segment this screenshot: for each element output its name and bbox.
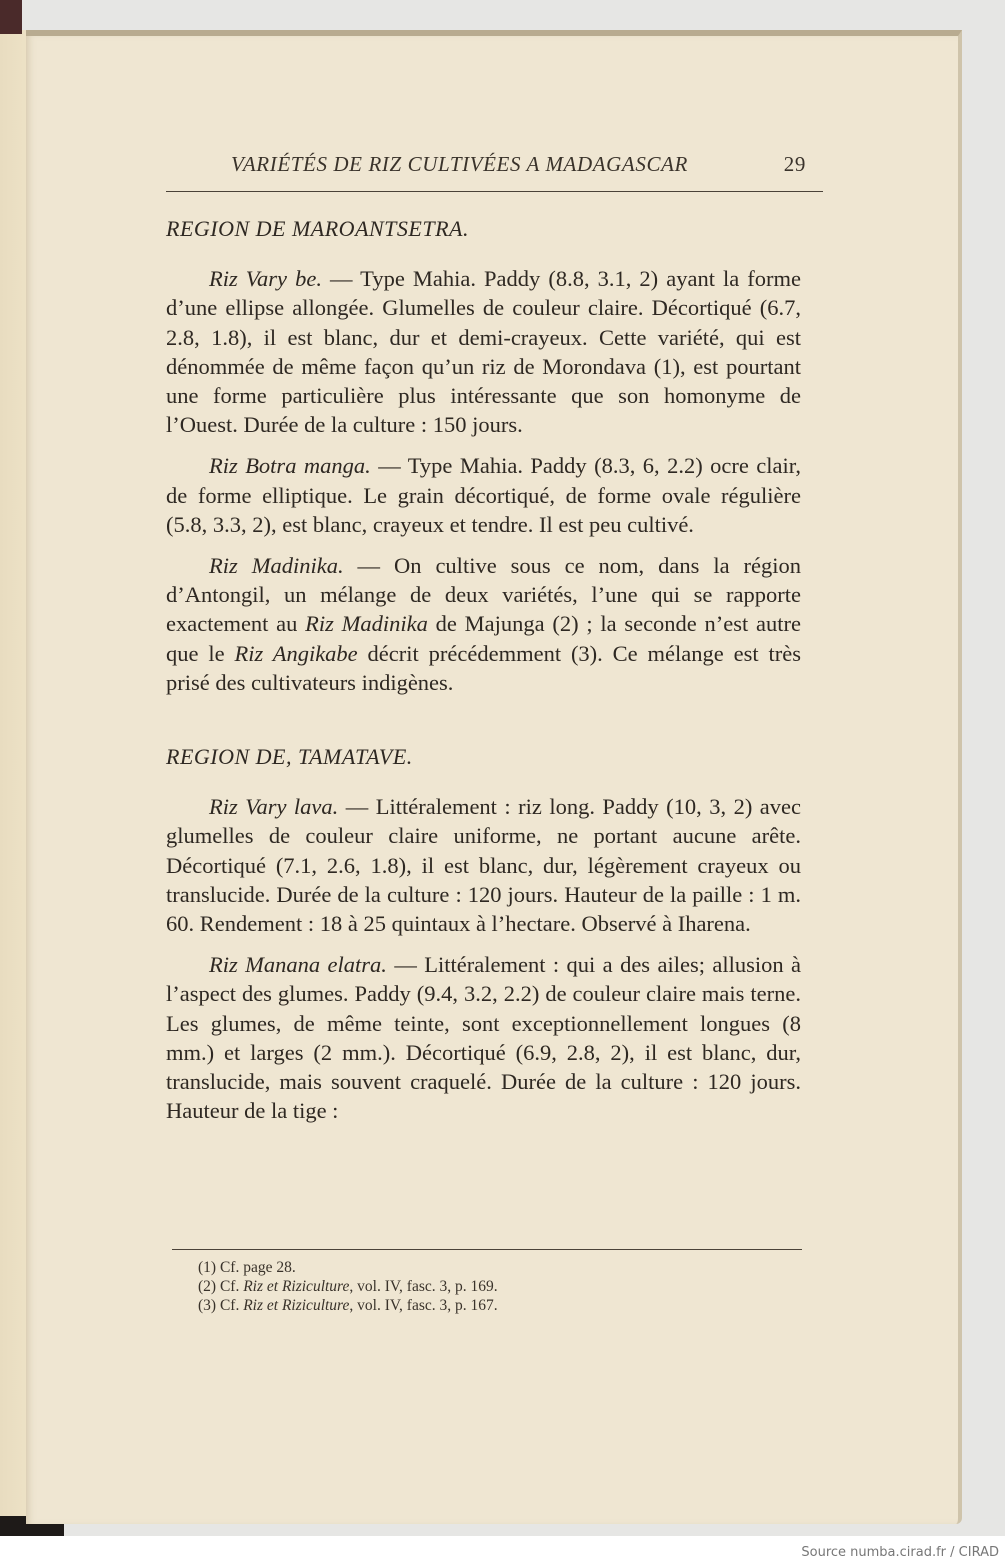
footnote-3: (3) Cf. Riz et Riziculture, vol. IV, fas… — [198, 1296, 798, 1315]
variety-name: Riz Vary lava. — [209, 794, 338, 819]
entry-botra-manga: Riz Botra manga. — Type Mahia. Paddy (8.… — [166, 451, 801, 539]
running-head: VARIÉTÉS DE RIZ CULTIVÉES A MADAGASCAR 2… — [231, 152, 806, 177]
page-number: 29 — [784, 152, 806, 177]
page-body: REGION DE MAROANTSETRA. Riz Vary be. — T… — [166, 214, 801, 1137]
variety-name: Riz Botra manga. — [209, 453, 371, 478]
footnote-text: Cf. — [220, 1297, 243, 1314]
section-heading-maroantsetra: REGION DE MAROANTSETRA. — [166, 214, 801, 243]
entry-text: — Type Mahia. Paddy (8.8, 3.1, 2) ayant … — [166, 266, 801, 437]
footnote-1: (1) Cf. page 28. — [198, 1258, 798, 1277]
section-gap — [166, 709, 801, 742]
section-heading-tamatave: REGION DE, TAMATAVE. — [166, 742, 801, 771]
variety-name: Riz Madinika. — [209, 553, 344, 578]
variety-name: Riz Vary be. — [209, 266, 322, 291]
footnote-rule — [172, 1249, 802, 1250]
entry-vary-be: Riz Vary be. — Type Mahia. Paddy (8.8, 3… — [166, 264, 801, 439]
footnote-marker: (2) — [198, 1278, 216, 1295]
footnote-title: Riz et Riziculture — [243, 1297, 349, 1314]
entry-text: — Littéralement : qui a des ailes; allus… — [166, 952, 801, 1123]
footnote-text: Cf. — [220, 1278, 243, 1295]
footnote-2: (2) Cf. Riz et Riziculture, vol. IV, fas… — [198, 1277, 798, 1296]
entry-vary-lava: Riz Vary lava. — Littéralement : riz lon… — [166, 792, 801, 938]
entry-manana-elatra: Riz Manana elatra. — Littéralement : qui… — [166, 950, 801, 1125]
source-credit: Source numba.cirad.fr / CIRAD — [801, 1545, 999, 1560]
variety-reference: Riz Angikabe — [234, 641, 357, 666]
entry-madinika: Riz Madinika. — On cultive sous ce nom, … — [166, 551, 801, 697]
footnotes: (1) Cf. page 28. (2) Cf. Riz et Rizicult… — [198, 1258, 798, 1315]
variety-reference: Riz Madinika — [305, 611, 428, 636]
book-cover-corner — [0, 0, 22, 34]
footnote-marker: (3) — [198, 1297, 216, 1314]
running-head-title: VARIÉTÉS DE RIZ CULTIVÉES A MADAGASCAR — [231, 152, 688, 177]
footnote-title: Riz et Riziculture — [243, 1278, 349, 1295]
book-page: VARIÉTÉS DE RIZ CULTIVÉES A MADAGASCAR 2… — [26, 30, 962, 1524]
header-rule — [166, 191, 823, 192]
variety-name: Riz Manana elatra. — [209, 952, 387, 977]
footnote-text: , vol. IV, fasc. 3, p. 169. — [349, 1278, 497, 1295]
footnote-text: Cf. page 28. — [220, 1259, 296, 1276]
footnote-text: , vol. IV, fasc. 3, p. 167. — [349, 1297, 497, 1314]
footnote-marker: (1) — [198, 1259, 216, 1276]
